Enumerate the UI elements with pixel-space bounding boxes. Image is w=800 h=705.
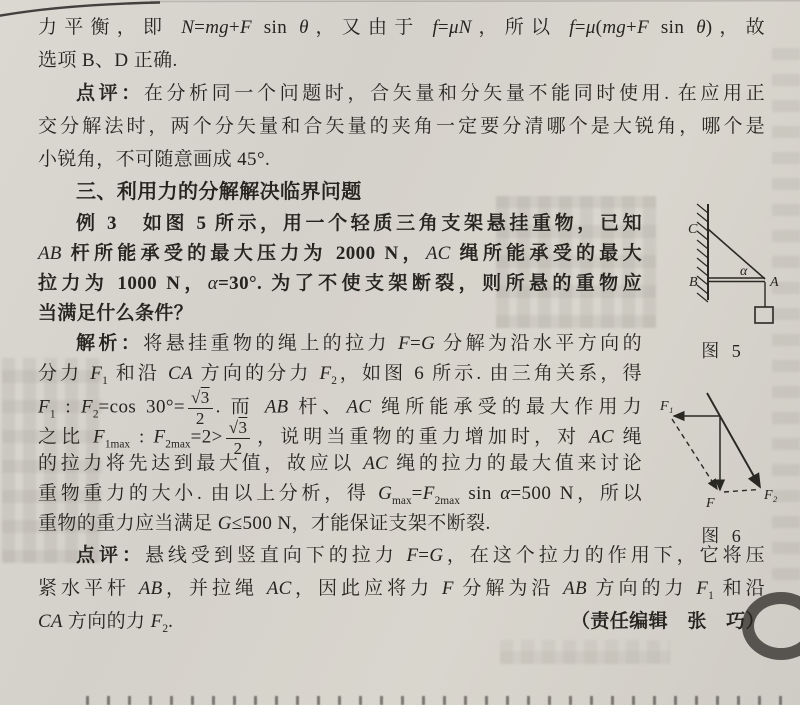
label-A: A: [769, 275, 779, 290]
text-run: 如图 5 所示，用一个轻质三角支架悬挂重物，已知: [117, 213, 642, 234]
text-line: F1 : F2=cos 30°=√32. 而 AB 杆、AC 绳所能承受的最大作…: [38, 389, 642, 419]
math-variable: F: [240, 17, 252, 38]
paragraph-analysis: 解析：将悬挂重物的绳上的拉力 F=G 分解为沿水平方向的分力 F1 和沿 CA …: [38, 329, 642, 539]
paragraph-comment-2: 点评：悬线受到竖直向下的拉力 F=G，在这个拉力的作用下，它将压紧水平杆 AB，…: [38, 539, 765, 638]
text-run: .: [168, 611, 173, 632]
text-run: 小锐角，不可随意画成 45°.: [38, 149, 270, 170]
text-run: 绳: [614, 427, 642, 448]
figure-6-force-diagram: F₁ F F₂: [658, 383, 800, 519]
math-variable: AB: [265, 397, 289, 418]
math-variable: G: [421, 333, 435, 354]
figure-5-caption: 图 5: [678, 337, 768, 363]
math-variable: mg: [205, 17, 229, 38]
wall-hatching: [697, 204, 708, 302]
math-variable: G: [429, 545, 443, 566]
math-variable: α: [208, 273, 218, 294]
text-run: ，说明当重物的重力增加时，对: [253, 427, 589, 448]
text-run: 之比: [38, 427, 93, 448]
paragraph-comment-1: 点评：在分析同一个问题时，合矢量和分矢量不能同时使用. 在应用正交分解法时，两个…: [38, 77, 765, 176]
math-variable: F: [153, 427, 165, 448]
text-run: ≤500 N，才能保证支架不断裂.: [232, 513, 491, 534]
math-variable: F: [398, 333, 410, 354]
sqrt-radicand: 3: [238, 418, 247, 437]
math-variable: F: [637, 17, 649, 38]
weight-block: [755, 307, 773, 323]
math-variable: AC: [267, 578, 292, 599]
math-variable: F: [406, 545, 418, 566]
cropped-next-line: [86, 696, 800, 705]
text-run: ，在这个拉力的作用下，它将压: [443, 545, 765, 566]
text-run: 分力: [38, 363, 90, 384]
paragraph-section-heading: 三、利用力的分解解决临界问题: [38, 176, 765, 209]
text-line: 分力 F1 和沿 CA 方向的分力 F2，如图 6 所示. 由三角关系，得: [38, 359, 642, 389]
math-variable: AB: [38, 243, 62, 264]
label-F: F: [705, 496, 715, 511]
math-variable: AC: [589, 427, 614, 448]
math-variable: F: [696, 578, 708, 599]
text-run: 方向的力: [587, 578, 697, 599]
parallelogram-side-left: [672, 419, 717, 489]
math-variable: F: [319, 363, 331, 384]
subscript: 2max: [435, 495, 460, 507]
text-run: 绳所能承受的最大作用力: [371, 397, 642, 418]
math-variable: F: [93, 427, 105, 448]
math-variable: θ: [696, 17, 706, 38]
text-run: =500 N，所以: [510, 483, 642, 504]
text-run: =: [438, 17, 449, 38]
math-variable: G: [218, 513, 232, 534]
text-line: （责任编辑 张 巧）CA 方向的力 F2.: [38, 605, 765, 638]
text-run: 的拉力将先达到最大值，故应以: [38, 453, 363, 474]
editor-credit: （责任编辑 张 巧）: [571, 605, 765, 638]
label-B: B: [689, 275, 698, 290]
text-run: +: [229, 17, 240, 38]
text-run: 方向的分力: [193, 363, 320, 384]
text-line: 例 3 如图 5 所示，用一个轻质三角支架悬挂重物，已知: [38, 209, 642, 239]
label-F2: F₂: [763, 488, 778, 503]
math-variable: F: [442, 578, 454, 599]
text-run: 悬线受到竖直向下的拉力: [145, 545, 407, 566]
text-line: 选项 B、D 正确.: [38, 44, 765, 77]
text-run: :: [56, 397, 81, 418]
text-run: . 而: [216, 397, 265, 418]
text-run: =cos 30°=: [99, 397, 185, 418]
text-run: =2>: [191, 427, 223, 448]
text-line: 拉力为 1000 N，α=30°. 为了不使支架断裂，则所悬的重物应: [38, 269, 642, 299]
text-line: 交分解法时，两个分矢量和合矢量的夹角一定要分清哪个是大锐角，哪个是: [38, 110, 765, 143]
text-run: 方向的力: [63, 611, 151, 632]
text-line: 当满足什么条件？: [38, 299, 642, 329]
text-line: 点评：在分析同一个问题时，合矢量和分矢量不能同时使用. 在应用正: [38, 77, 765, 110]
text-run: ，又由于: [309, 17, 433, 38]
text-run: sin: [252, 17, 299, 38]
math-variable: CA: [168, 363, 193, 384]
math-variable: μ: [586, 17, 596, 38]
text-line: 力平衡，即 N=mg+F sin θ，又由于 f=μN，所以 f=μ(mg+F …: [38, 11, 765, 44]
text-line: 重物重力的大小. 由以上分析，得 Gmax=F2max sin α=500 N，…: [38, 479, 642, 509]
math-variable: F: [81, 397, 93, 418]
text-run: =: [194, 17, 205, 38]
label-alpha: α: [740, 264, 748, 279]
text-run: )，故: [706, 17, 765, 38]
math-variable: AC: [363, 453, 388, 474]
text-run: 杆所能承受的最大压力为 2000 N，: [62, 243, 426, 264]
math-variable: CA: [38, 611, 63, 632]
paragraph-force-balance-conclusion: 力平衡，即 N=mg+F sin θ，又由于 f=μN，所以 f=μ(mg+F …: [38, 11, 765, 77]
text-run: 交分解法时，两个分矢量和合矢量的夹角一定要分清哪个是大锐角，哪个是: [38, 116, 765, 137]
text-line: 之比 F1max : F2max=2>√32，说明当重物的重力增加时，对 AC …: [38, 419, 642, 449]
rope-CA: [708, 229, 765, 279]
main-text-column: 力平衡，即 N=mg+F sin θ，又由于 f=μN，所以 f=μ(mg+F …: [38, 11, 765, 638]
text-run: 和沿: [108, 363, 168, 384]
math-variable: G: [378, 483, 392, 504]
math-variable: F: [151, 611, 163, 632]
math-variable: AB: [563, 578, 587, 599]
text-run: ，因此应将力: [291, 578, 441, 599]
label-F1: F₁: [659, 399, 673, 414]
text-run: 在分析同一个问题时，合矢量和分矢量不能同时使用. 在应用正: [144, 83, 765, 104]
text-run: 分解为沿水平方向的: [435, 333, 642, 354]
text-run: 力平衡，即: [38, 17, 181, 38]
paragraph-example-3: 例 3 如图 5 所示，用一个轻质三角支架悬挂重物，已知AB 杆所能承受的最大压…: [38, 209, 642, 329]
text-line: 点评：悬线受到竖直向下的拉力 F=G，在这个拉力的作用下，它将压: [38, 539, 765, 572]
math-variable: α: [500, 483, 510, 504]
math-variable: AC: [347, 397, 372, 418]
math-variable: μN: [449, 17, 472, 38]
math-variable: θ: [299, 17, 309, 38]
label-C: C: [688, 222, 698, 237]
text-line: 重物的重力应当满足 G≤500 N，才能保证支架不断裂.: [38, 509, 642, 539]
bold-label: 解析：: [76, 333, 143, 354]
text-line: 解析：将悬挂重物的绳上的拉力 F=G 分解为沿水平方向的: [38, 329, 642, 359]
math-variable: F: [38, 397, 50, 418]
text-run: sin: [649, 17, 696, 38]
text-line: 三、利用力的分解解决临界问题: [38, 176, 765, 209]
subscript: max: [392, 495, 412, 507]
bold-label: 三、利用力的分解解决临界问题: [76, 181, 362, 203]
text-run: =30°. 为了不使支架断裂，则所悬的重物应: [218, 273, 642, 294]
text-run: ，如图 6 所示. 由三角关系，得: [337, 363, 642, 384]
figure-5-bracket-diagram: C B A α: [678, 196, 800, 336]
text-run: 杆、: [288, 397, 346, 418]
text-run: =: [418, 545, 429, 566]
text-run: =: [410, 333, 421, 354]
text-run: sin: [460, 483, 500, 504]
text-run: 重物的重力应当满足: [38, 513, 218, 534]
sqrt-sign: √: [191, 388, 201, 407]
text-run: 紧水平杆: [38, 578, 139, 599]
math-variable: F: [90, 363, 102, 384]
text-run: ，所以: [472, 17, 570, 38]
text-line: AB 杆所能承受的最大压力为 2000 N，AC 绳所能承受的最大: [38, 239, 642, 269]
text-run: =: [575, 17, 586, 38]
text-run: 绳的拉力的最大值来讨论: [388, 453, 642, 474]
text-line: 小锐角，不可随意画成 45°.: [38, 143, 765, 176]
fraction-numerator: √3: [188, 389, 213, 409]
text-line: 紧水平杆 AB，并拉绳 AC，因此应将力 F 分解为沿 AB 方向的力 F1 和…: [38, 572, 765, 605]
math-variable: F: [423, 483, 435, 504]
text-run: =: [412, 483, 423, 504]
text-run: 和沿: [714, 578, 765, 599]
figure-6-caption: 图 6: [668, 522, 778, 548]
fraction-numerator: √3: [226, 419, 251, 439]
text-run: :: [130, 427, 153, 448]
bold-label: 例 3: [76, 213, 117, 234]
text-run: 将悬挂重物的绳上的拉力: [143, 333, 398, 354]
ink-bleedthrough-bottom: [500, 640, 670, 664]
text-run: 绳所能承受的最大: [451, 243, 642, 264]
text-run: 选项 B、D 正确.: [38, 50, 178, 71]
sqrt-radicand: 3: [201, 388, 210, 407]
scanned-textbook-page: 力平衡，即 N=mg+F sin θ，又由于 f=μN，所以 f=μ(mg+F …: [0, 0, 800, 705]
parallelogram-side-bottom: [724, 490, 758, 493]
math-variable: mg: [602, 17, 626, 38]
bold-label: 点评：: [76, 83, 144, 104]
text-line: 的拉力将先达到最大值，故应以 AC 绳的拉力的最大值来讨论: [38, 449, 642, 479]
text-run: 重物重力的大小. 由以上分析，得: [38, 483, 378, 504]
text-run: 拉力为 1000 N，: [38, 273, 208, 294]
rope-direction-line-F2: [707, 393, 760, 487]
text-run: 分解为沿: [454, 578, 564, 599]
math-variable: N: [181, 17, 194, 38]
math-variable: AB: [139, 578, 163, 599]
math-variable: AC: [426, 243, 451, 264]
text-run: 当满足什么条件？: [38, 303, 193, 324]
text-run: +: [626, 17, 637, 38]
text-run: ，并拉绳: [162, 578, 266, 599]
bold-label: 点评：: [76, 545, 145, 566]
